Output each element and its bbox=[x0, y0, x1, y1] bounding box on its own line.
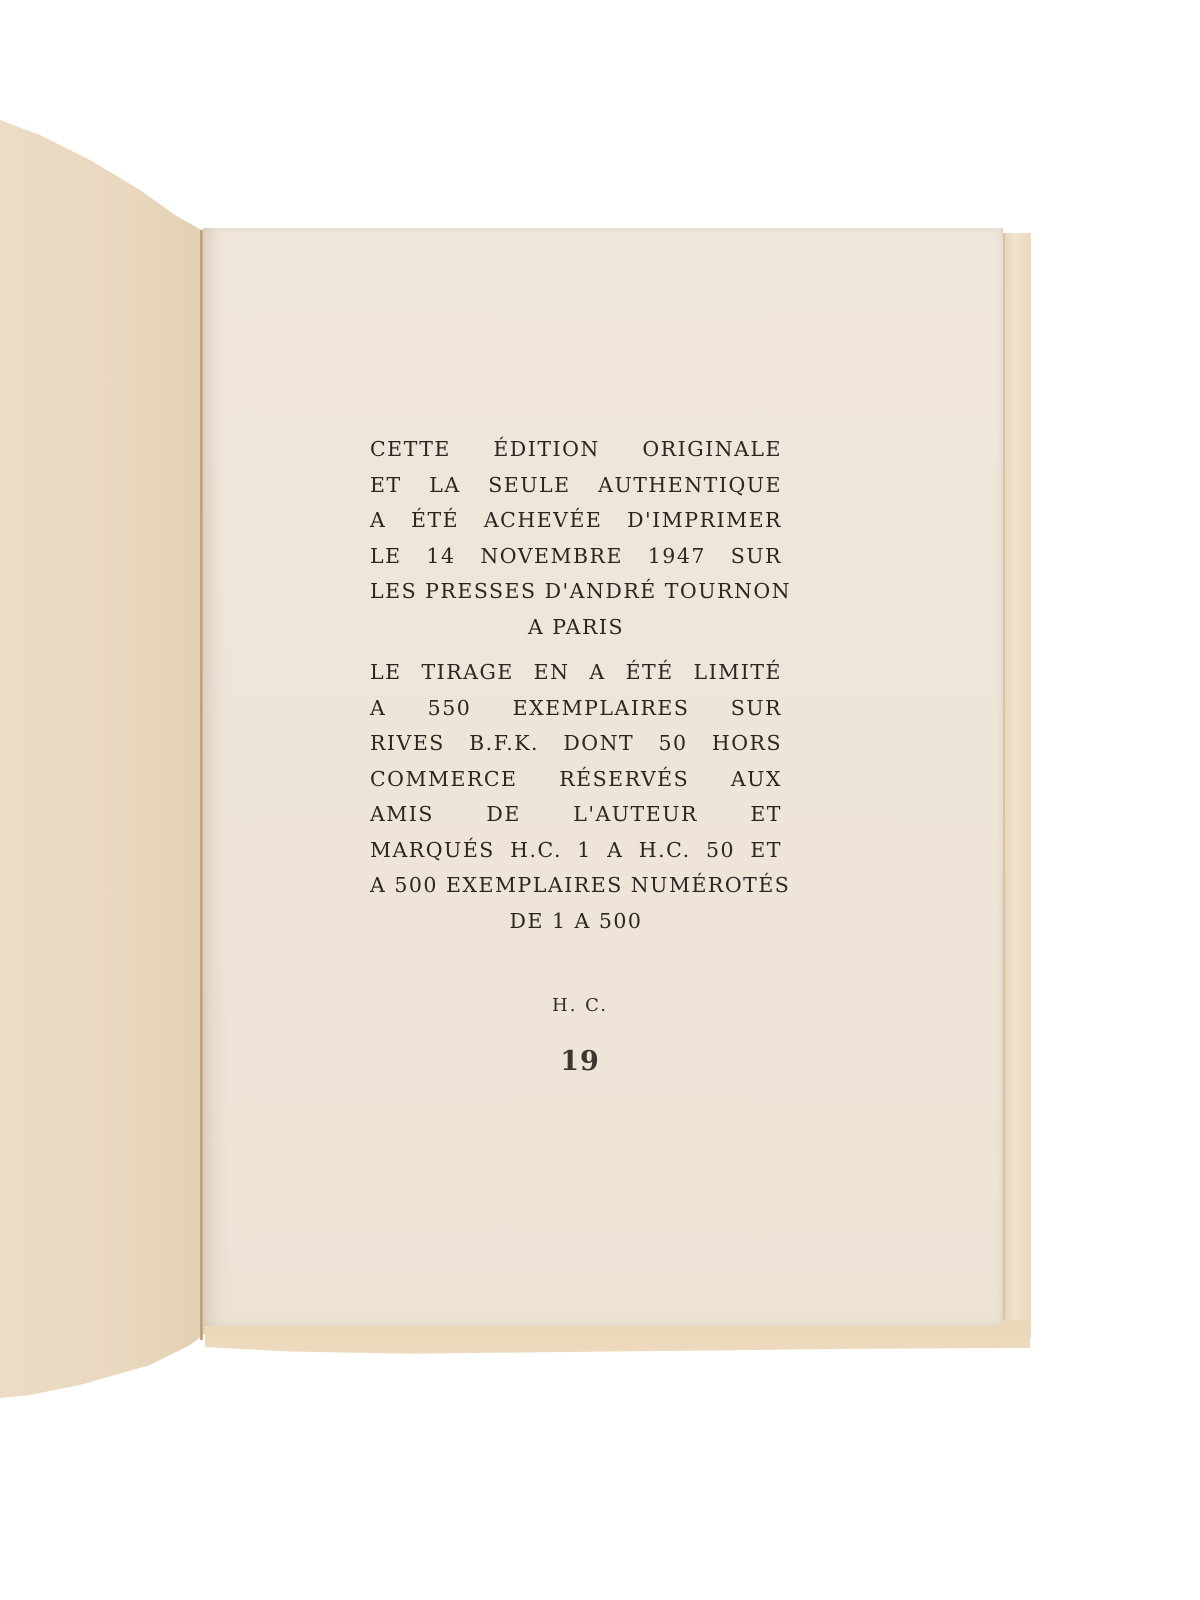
colophon-line: A 500 EXEMPLAIRES NUMÉROTÉS bbox=[370, 868, 782, 904]
paragraph-gap bbox=[370, 645, 782, 655]
colophon-line: COMMERCE RÉSERVÉS AUX bbox=[370, 762, 782, 798]
colophon-line: ET LA SEULE AUTHENTIQUE bbox=[370, 468, 782, 504]
book-gutter bbox=[200, 230, 203, 1340]
colophon-line: LES PRESSES D'ANDRÉ TOURNON bbox=[370, 574, 782, 610]
colophon-line: A ÉTÉ ACHEVÉE D'IMPRIMER bbox=[370, 503, 782, 539]
colophon-line: A PARIS bbox=[370, 610, 782, 646]
colophon-line: LE TIRAGE EN A ÉTÉ LIMITÉ bbox=[370, 655, 782, 691]
hors-commerce-mark: H. C. bbox=[480, 995, 680, 1016]
colophon-text: CETTE ÉDITION ORIGINALE ET LA SEULE AUTH… bbox=[370, 432, 782, 939]
colophon-line: DE 1 A 500 bbox=[370, 904, 782, 940]
colophon-line: RIVES B.F.K. DONT 50 HORS bbox=[370, 726, 782, 762]
colophon-line: LE 14 NOVEMBRE 1947 SUR bbox=[370, 539, 782, 575]
colophon-line: CETTE ÉDITION ORIGINALE bbox=[370, 432, 782, 468]
cover-wrapper-edge bbox=[1003, 233, 1031, 1338]
cover-wrapper-edge-line bbox=[1003, 233, 1005, 1338]
copy-number-stamp: 19 bbox=[480, 1046, 680, 1077]
colophon-line: AMIS DE L'AUTEUR ET bbox=[370, 797, 782, 833]
cover-wrapper-bottom bbox=[205, 1320, 1030, 1365]
left-page bbox=[0, 0, 210, 1600]
book-photo: CETTE ÉDITION ORIGINALE ET LA SEULE AUTH… bbox=[0, 0, 1200, 1600]
colophon-line: A 550 EXEMPLAIRES SUR bbox=[370, 691, 782, 727]
colophon-line: MARQUÉS H.C. 1 A H.C. 50 ET bbox=[370, 833, 782, 869]
